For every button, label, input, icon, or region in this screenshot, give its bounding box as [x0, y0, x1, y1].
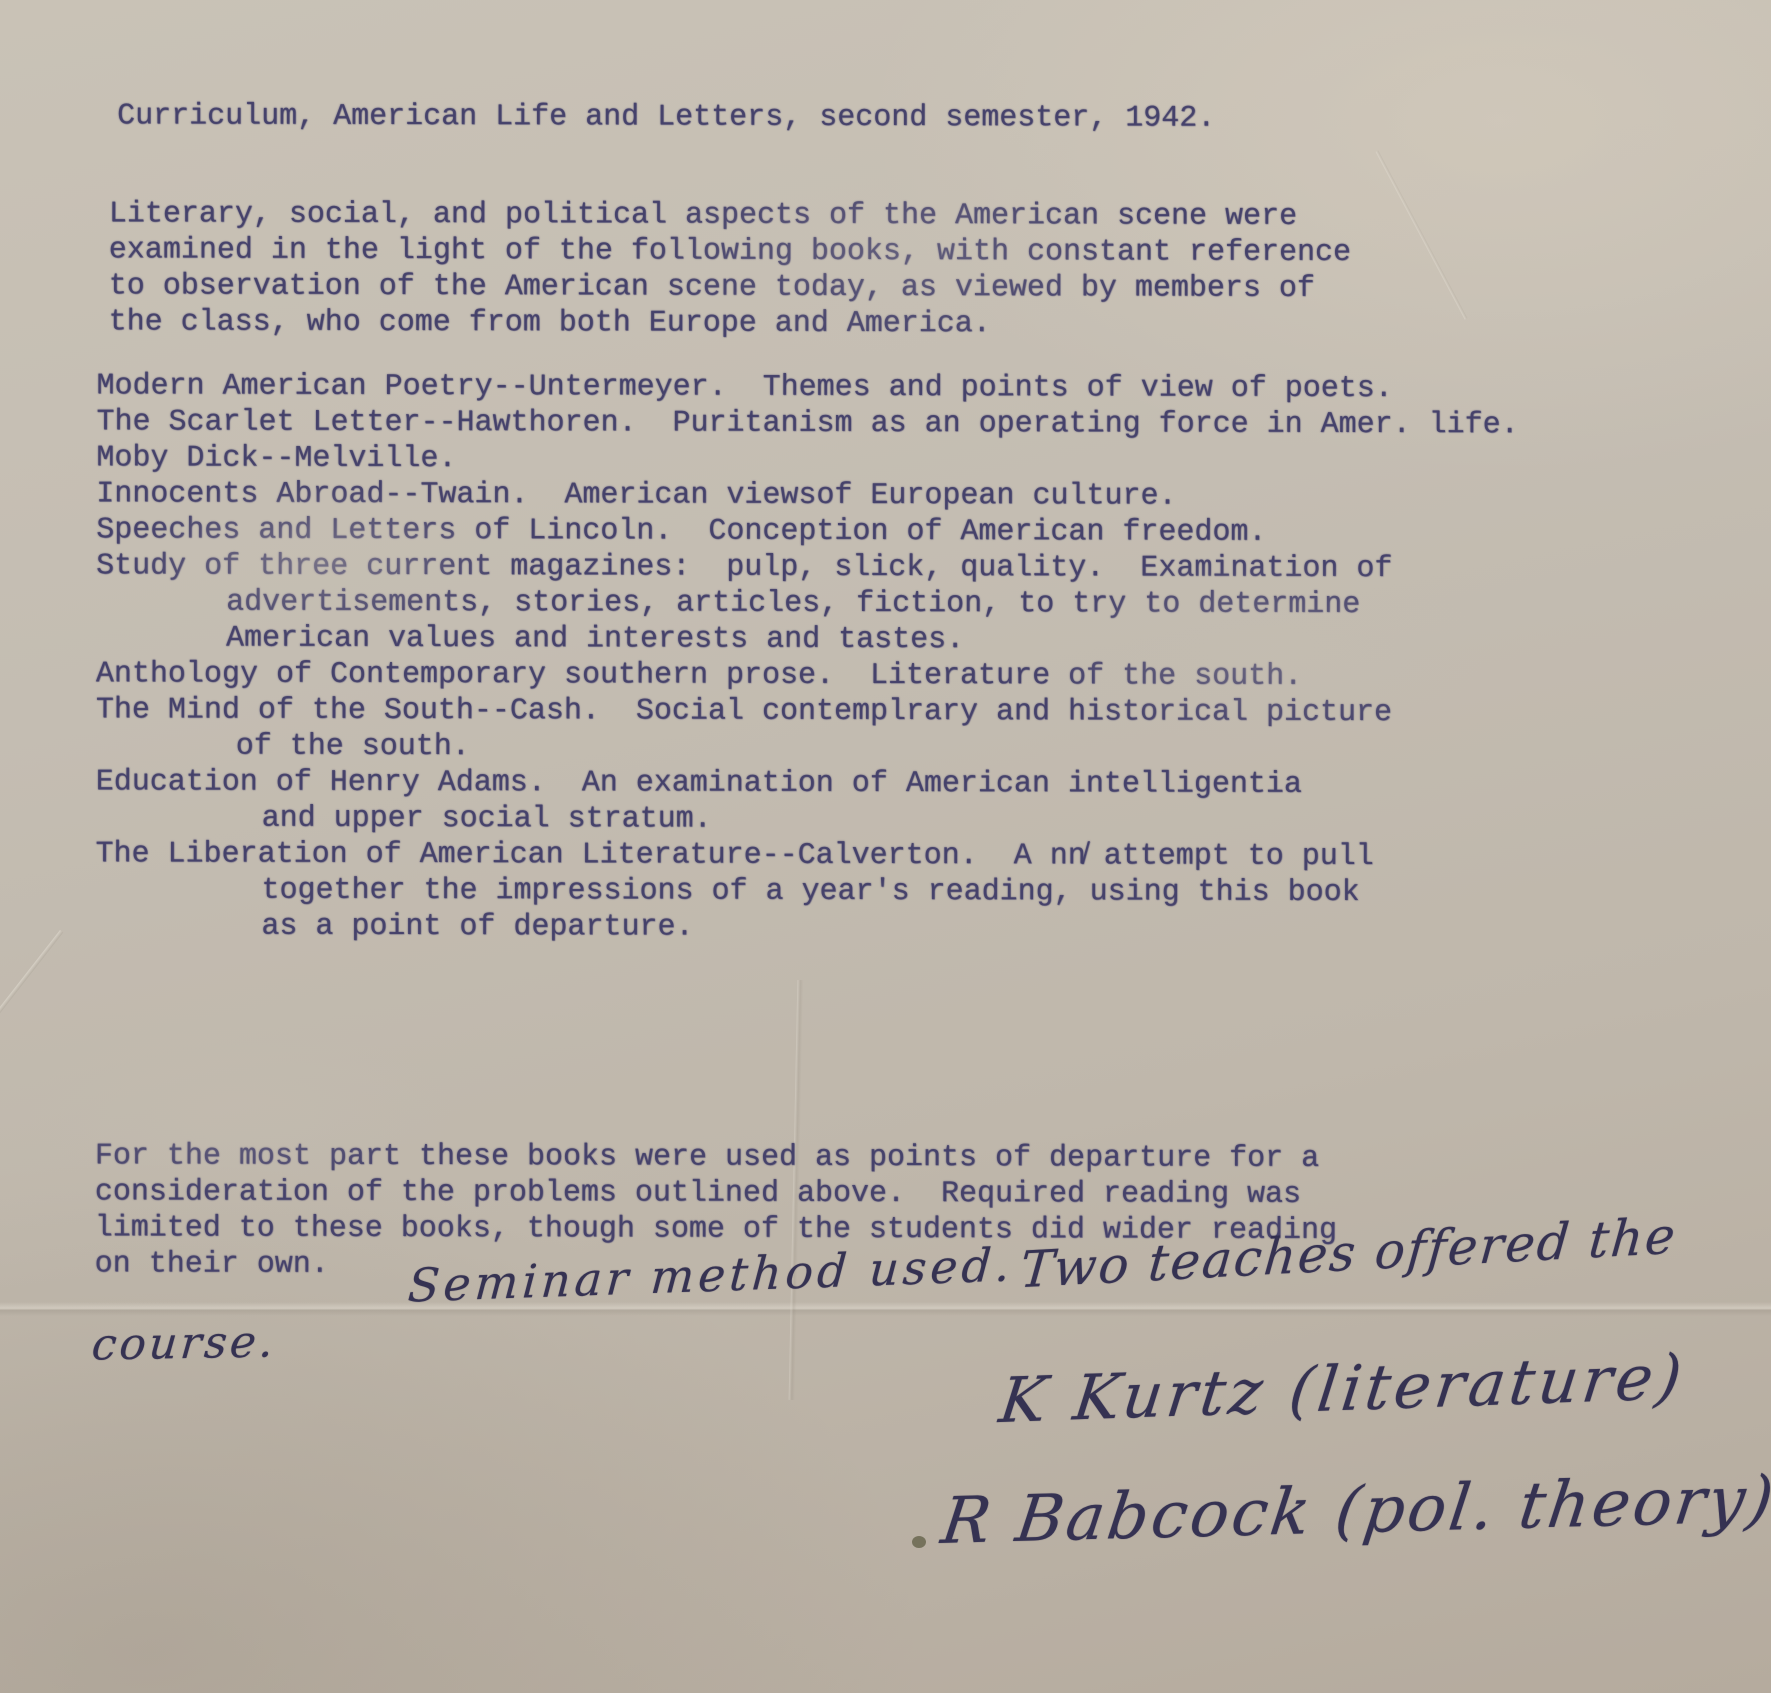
book-list-line: of the south. — [96, 728, 1771, 768]
book-list-line: and upper social stratum. — [96, 800, 1771, 840]
book-list-line: Moby Dick--Melville. — [96, 440, 1771, 480]
typed-text-body: Curriculum, American Life and Letters, s… — [0, 0, 1771, 1286]
book-list-line: American values and interests and tastes… — [96, 620, 1771, 660]
book-list-line: Innocents Abroad--Twain. American viewso… — [96, 476, 1771, 516]
document-page: Curriculum, American Life and Letters, s… — [0, 0, 1771, 1693]
closing-line: For the most part these books were used … — [95, 1138, 1770, 1178]
book-list-line: Study of three current magazines: pulp, … — [96, 548, 1771, 588]
intro-line: examined in the light of the following b… — [109, 232, 1771, 271]
book-list-line: The Mind of the South--Cash. Social cont… — [96, 692, 1771, 732]
book-list-line: Modern American Poetry--Untermeyer. Them… — [96, 368, 1771, 408]
book-list-line: The Scarlet Letter--Hawthoren. Puritanis… — [96, 404, 1771, 444]
book-list-line: advertisements, stories, articles, ficti… — [96, 584, 1771, 624]
intro-line: the class, who come from both Europe and… — [109, 304, 1771, 343]
book-list-line: The Liberation of American Literature--C… — [96, 836, 1771, 876]
book-list-line: as a point of departure. — [95, 908, 1770, 948]
book-list-line: Education of Henry Adams. An examination… — [96, 764, 1771, 804]
closing-line: consideration of the problems outlined a… — [95, 1174, 1770, 1214]
intro-line: to observation of the American scene tod… — [109, 268, 1771, 307]
signature-babcock-pol-theory: R Babcock (pol. theory) — [937, 1463, 1771, 1559]
book-list: Modern American Poetry--Untermeyer. Them… — [95, 368, 1771, 948]
intro-line: Literary, social, and political aspects … — [109, 196, 1771, 235]
intro-paragraph: Literary, social, and political aspects … — [97, 196, 1771, 344]
document-title: Curriculum, American Life and Letters, s… — [97, 98, 1771, 138]
signature-kurtz-literature: K Kurtz (literature) — [996, 1340, 1690, 1437]
book-list-line: Speeches and Letters of Lincoln. Concept… — [96, 512, 1771, 552]
book-list-line: Anthology of Contemporary southern prose… — [96, 656, 1771, 696]
book-list-line: together the impressions of a year's rea… — [95, 872, 1770, 912]
horizontal-fold-crease — [0, 1302, 1771, 1316]
ink-dot — [912, 1536, 926, 1548]
handwritten-course-word: course. — [90, 1316, 279, 1370]
